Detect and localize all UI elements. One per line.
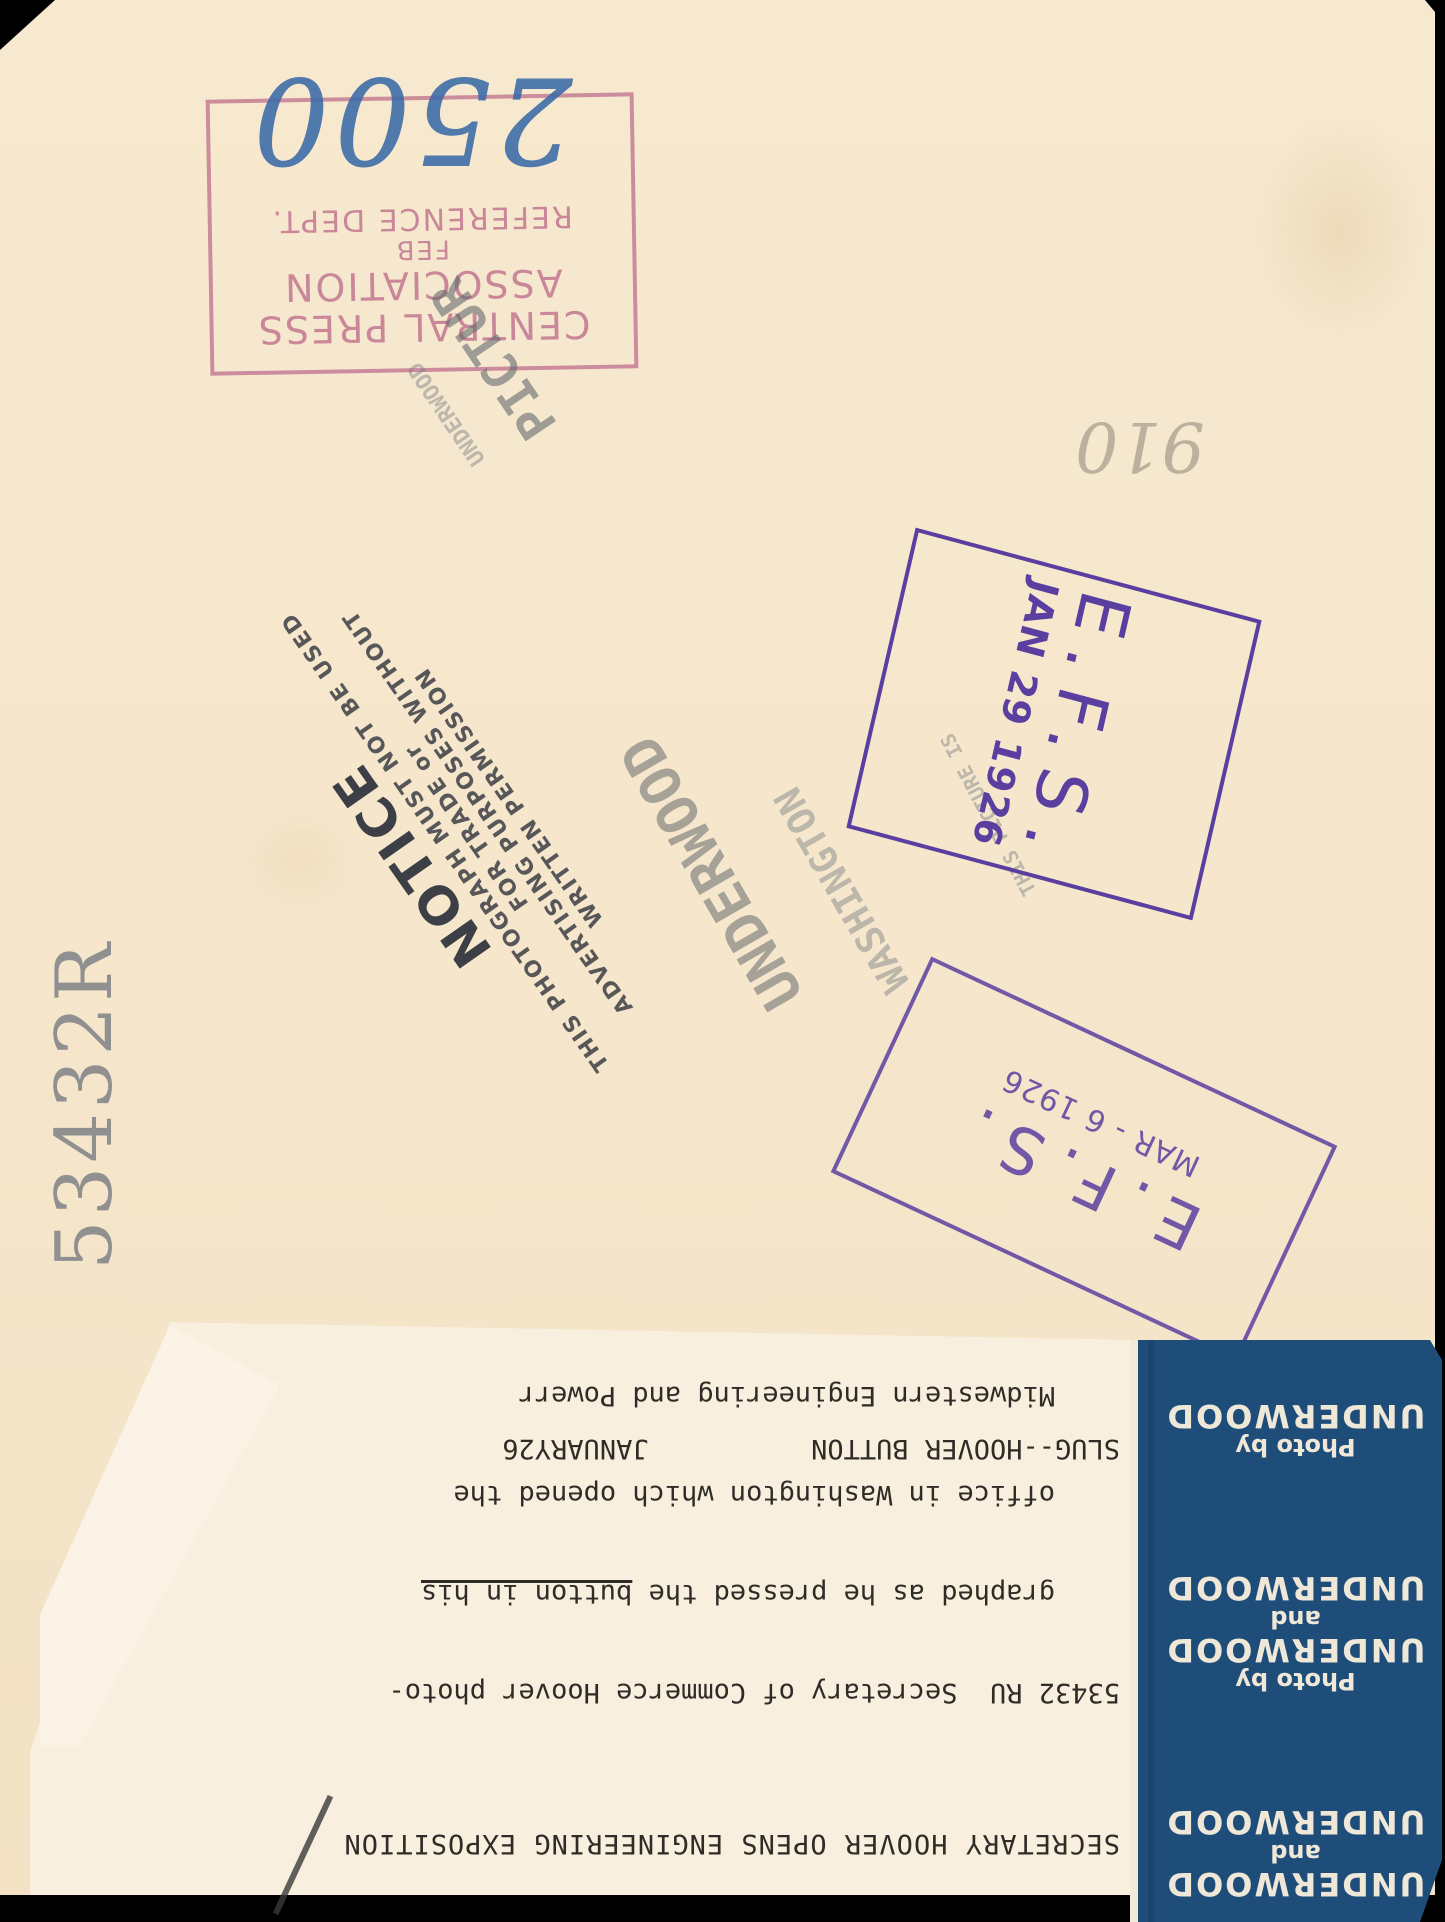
credit-block: UNDERWOOD and UNDERWOOD — [1165, 1804, 1425, 1902]
caption-line: graphed as he pressed the button in his — [389, 1577, 1121, 1610]
pencil-number-2500: 2500 — [200, 70, 620, 170]
underlined-phrase: button in his — [421, 1578, 632, 1609]
cpa-line-4: REFERENCE DEPT. — [270, 199, 573, 236]
credit-block: Photo by UNDERWOOD and UNDERWOOD — [1165, 1570, 1425, 1694]
side-reference-number: 53432R — [40, 939, 130, 1270]
caption-line: office in Washington which opened the — [389, 1478, 1121, 1511]
caption-headline: SECRETARY HOOVER OPENS ENGINEERING EXPOS… — [344, 1827, 1121, 1860]
caption-slug-row: SLUG--HOOVER BUTTON JANUARY26 — [502, 1432, 1120, 1465]
caption-line: Midwestern Engineering and Powerr — [389, 1379, 1121, 1412]
caption-date: JANUARY26 — [502, 1433, 648, 1464]
cpa-line-1: CENTRAL PRESS — [256, 303, 591, 351]
underwood-photo-credit-label: UNDERWOOD and UNDERWOOD Photo by UNDERWO… — [1130, 1340, 1445, 1922]
pencil-number-910: 910 — [1060, 405, 1220, 485]
cpa-line-3: FEB — [394, 234, 450, 265]
caption-slug: SLUG--HOOVER BUTTON — [811, 1433, 1120, 1464]
caption-line: 53432 RU Secretary of Commerce Hoover ph… — [389, 1676, 1121, 1709]
credit-block: Photo by UNDERWOOD — [1165, 1398, 1425, 1460]
